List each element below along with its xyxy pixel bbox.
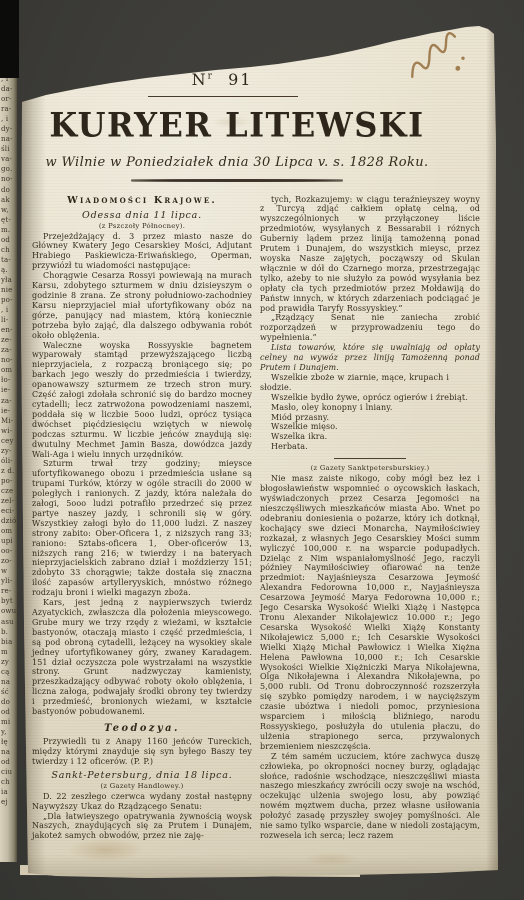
list-item: Wszelkie bydło żywe, oprócz ogierów i źr… [260,393,480,403]
list-item: Wszelkie mięso. [260,422,480,432]
page-content: Nr 91 KURYER LITEWSKI w Wilnie w Poniedz… [32,24,480,841]
article-source: (z Gazety Sanktpetersburskiey.) [260,464,480,472]
list-item: Wszelka ikra. [260,432,480,442]
column-left: Wiadomości Krajowe. Odessa dnia 11 lipca… [32,195,252,842]
issue-superscript: r [208,72,214,82]
issue-number: Nr 91 [32,70,412,89]
masthead-dateline: w Wilnie w Poniedziałek dnia 30 Lipca v.… [32,155,442,170]
section-heading: Wiadomości Krajowe. [32,195,252,206]
list-item: Masło, oley konopny i lniany. [260,403,480,413]
list-intro: Lista towarów, które się uwalniają od op… [260,343,480,373]
article-paragraph: Waleczne woyska Rossyyskie bagnetem wypa… [32,341,252,460]
section-divider-rule [334,458,406,459]
article-dateline: Sankt-Petersburg, dnia 18 lipca. [32,770,252,781]
issue-divider-rule [148,96,298,97]
newspaper-page: Nr 91 KURYER LITEWSKI w Wilnie w Poniedz… [16,24,498,880]
issue-value: 91 [228,70,252,89]
article-paragraph: D. 22 zeszłego czerwca wydany został nas… [32,792,252,812]
newspaper-title: KURYER LITEWSKI [32,106,442,146]
article-source: (z Pszczoły Północney). [32,222,252,230]
article-paragraph: Nie masz zaiste nikogo, coby mógł bez łe… [260,474,480,751]
article-paragraph: Przywiedli tu z Anapy 1160 jeńców Tureck… [32,737,252,767]
article-dateline: Teodozya. [32,723,252,734]
page-bottom-shadow [16,854,498,880]
list-item: Herbata. [260,442,480,452]
paper-stain [304,852,358,866]
masthead-divider-rule [131,179,343,181]
scan-dark-corner [0,0,19,78]
issue-label: N [192,70,208,89]
list-item: Wszelkie zboże w ziarnie, mące, krupach … [260,373,480,393]
article-paragraph: Z tém samém uczuciem, które zachwyca dus… [260,752,480,841]
article-paragraph: Przejeżdżający d. 3 przez miasto nasze d… [32,232,252,272]
column-right: tych, Rozkazujemy: w ciągu teraźnieyszey… [260,195,480,842]
article-dateline: Odessa dnia 11 lipca. [32,210,252,221]
article-paragraph: Kars, jest jedną z naypierwszych twierdz… [32,598,252,717]
masthead: Nr 91 KURYER LITEWSKI w Wilnie w Poniedz… [32,70,442,182]
article-columns: Wiadomości Krajowe. Odessa dnia 11 lipca… [32,195,480,842]
list-item: Miód przasny. [260,413,480,423]
page-right-edge-shadow [486,24,498,880]
article-paragraph: Szturm trwał trzy godziny; mieysce ufort… [32,459,252,598]
article-paragraph: „Rządzący Senat nie zaniecha zrobić rozp… [260,313,480,343]
article-paragraph: „Dla łatwieyszego opatrywania żywnością … [32,812,252,842]
adjacent-page-text-fragments: , i da- or- ra- , i dy- na- śli va- go. … [0,70,17,807]
paper-stain [68,838,144,862]
article-source: (z Gazety Handlowey.) [32,782,252,790]
adjacent-page-edge: , i da- or- ra- , i dy- na- śli va- go. … [0,70,17,862]
article-paragraph: tych, Rozkazujemy: w ciągu teraźnieyszey… [260,195,480,314]
article-paragraph: Chorągwie Cesarza Rossyi powiewają na mu… [32,271,252,340]
